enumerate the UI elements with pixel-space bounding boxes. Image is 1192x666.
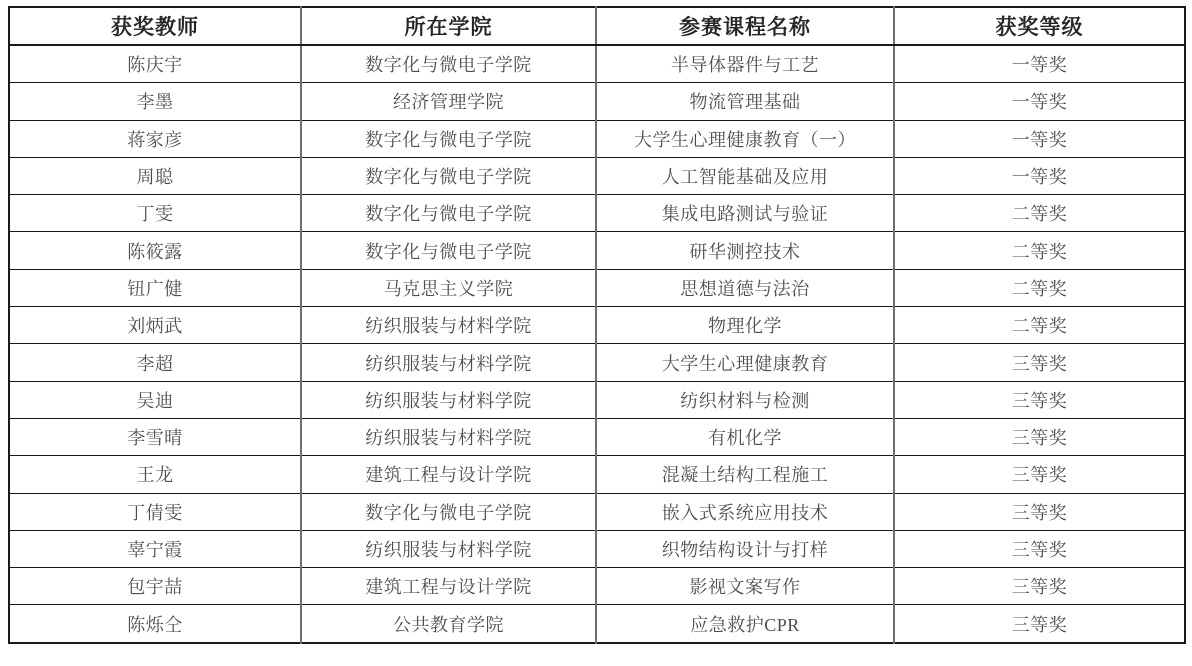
- cell-award: 三等奖: [894, 493, 1185, 530]
- cell-course: 大学生心理健康教育（一）: [596, 120, 894, 157]
- cell-college: 纺织服装与材料学院: [301, 344, 596, 381]
- cell-teacher: 丁雯: [9, 195, 301, 232]
- cell-teacher: 陈烁仝: [9, 605, 301, 643]
- cell-award: 二等奖: [894, 195, 1185, 232]
- cell-award: 二等奖: [894, 307, 1185, 344]
- column-header-teacher: 获奖教师: [9, 7, 301, 45]
- cell-course: 嵌入式系统应用技术: [596, 493, 894, 530]
- cell-college: 经济管理学院: [301, 83, 596, 120]
- cell-award: 一等奖: [894, 83, 1185, 120]
- cell-course: 思想道德与法治: [596, 269, 894, 306]
- cell-award: 二等奖: [894, 269, 1185, 306]
- cell-college: 数字化与微电子学院: [301, 45, 596, 83]
- cell-teacher: 李雪晴: [9, 418, 301, 455]
- table-row: 陈烁仝公共教育学院应急救护CPR三等奖: [9, 605, 1185, 643]
- table-header: 获奖教师所在学院参赛课程名称获奖等级: [9, 7, 1185, 45]
- cell-teacher: 陈筱露: [9, 232, 301, 269]
- table-row: 王龙建筑工程与设计学院混凝土结构工程施工三等奖: [9, 456, 1185, 493]
- cell-teacher: 钮广健: [9, 269, 301, 306]
- page: 获奖教师所在学院参赛课程名称获奖等级 陈庆宇数字化与微电子学院半导体器件与工艺一…: [0, 0, 1192, 666]
- table-row: 蒋家彦数字化与微电子学院大学生心理健康教育（一）一等奖: [9, 120, 1185, 157]
- table-row: 钮广健马克思主义学院思想道德与法治二等奖: [9, 269, 1185, 306]
- cell-college: 数字化与微电子学院: [301, 195, 596, 232]
- cell-teacher: 李墨: [9, 83, 301, 120]
- cell-course: 集成电路测试与验证: [596, 195, 894, 232]
- cell-award: 三等奖: [894, 381, 1185, 418]
- award-results-table: 获奖教师所在学院参赛课程名称获奖等级 陈庆宇数字化与微电子学院半导体器件与工艺一…: [8, 6, 1186, 644]
- cell-award: 二等奖: [894, 232, 1185, 269]
- cell-course: 人工智能基础及应用: [596, 157, 894, 194]
- cell-college: 数字化与微电子学院: [301, 120, 596, 157]
- cell-college: 纺织服装与材料学院: [301, 381, 596, 418]
- cell-teacher: 王龙: [9, 456, 301, 493]
- cell-award: 一等奖: [894, 157, 1185, 194]
- cell-course: 半导体器件与工艺: [596, 45, 894, 83]
- column-header-award: 获奖等级: [894, 7, 1185, 45]
- cell-teacher: 李超: [9, 344, 301, 381]
- cell-college: 数字化与微电子学院: [301, 157, 596, 194]
- cell-award: 一等奖: [894, 45, 1185, 83]
- table-row: 辜宁霞纺织服装与材料学院织物结构设计与打样三等奖: [9, 530, 1185, 567]
- cell-course: 影视文案写作: [596, 568, 894, 605]
- cell-course: 有机化学: [596, 418, 894, 455]
- column-header-college: 所在学院: [301, 7, 596, 45]
- table-row: 陈庆宇数字化与微电子学院半导体器件与工艺一等奖: [9, 45, 1185, 83]
- cell-course: 混凝土结构工程施工: [596, 456, 894, 493]
- cell-award: 三等奖: [894, 568, 1185, 605]
- cell-course: 研华测控技术: [596, 232, 894, 269]
- cell-course: 纺织材料与检测: [596, 381, 894, 418]
- table-row: 丁雯数字化与微电子学院集成电路测试与验证二等奖: [9, 195, 1185, 232]
- cell-teacher: 辜宁霞: [9, 530, 301, 567]
- column-header-course: 参赛课程名称: [596, 7, 894, 45]
- cell-teacher: 蒋家彦: [9, 120, 301, 157]
- header-row: 获奖教师所在学院参赛课程名称获奖等级: [9, 7, 1185, 45]
- cell-college: 数字化与微电子学院: [301, 493, 596, 530]
- table-row: 刘炳武纺织服装与材料学院物理化学二等奖: [9, 307, 1185, 344]
- cell-award: 三等奖: [894, 418, 1185, 455]
- cell-college: 马克思主义学院: [301, 269, 596, 306]
- cell-teacher: 丁倩雯: [9, 493, 301, 530]
- table-body: 陈庆宇数字化与微电子学院半导体器件与工艺一等奖李墨经济管理学院物流管理基础一等奖…: [9, 45, 1185, 643]
- cell-award: 三等奖: [894, 344, 1185, 381]
- cell-award: 三等奖: [894, 530, 1185, 567]
- cell-teacher: 包宇喆: [9, 568, 301, 605]
- cell-award: 一等奖: [894, 120, 1185, 157]
- cell-teacher: 刘炳武: [9, 307, 301, 344]
- cell-college: 纺织服装与材料学院: [301, 530, 596, 567]
- cell-award: 三等奖: [894, 456, 1185, 493]
- table-row: 李超纺织服装与材料学院大学生心理健康教育三等奖: [9, 344, 1185, 381]
- cell-teacher: 周聪: [9, 157, 301, 194]
- cell-course: 织物结构设计与打样: [596, 530, 894, 567]
- table-row: 吴迪纺织服装与材料学院纺织材料与检测三等奖: [9, 381, 1185, 418]
- cell-award: 三等奖: [894, 605, 1185, 643]
- cell-college: 纺织服装与材料学院: [301, 418, 596, 455]
- table-row: 丁倩雯数字化与微电子学院嵌入式系统应用技术三等奖: [9, 493, 1185, 530]
- cell-college: 建筑工程与设计学院: [301, 568, 596, 605]
- table-row: 李墨经济管理学院物流管理基础一等奖: [9, 83, 1185, 120]
- cell-course: 大学生心理健康教育: [596, 344, 894, 381]
- cell-teacher: 吴迪: [9, 381, 301, 418]
- cell-course: 物理化学: [596, 307, 894, 344]
- table-row: 李雪晴纺织服装与材料学院有机化学三等奖: [9, 418, 1185, 455]
- cell-teacher: 陈庆宇: [9, 45, 301, 83]
- cell-course: 应急救护CPR: [596, 605, 894, 643]
- table-row: 周聪数字化与微电子学院人工智能基础及应用一等奖: [9, 157, 1185, 194]
- table-row: 陈筱露数字化与微电子学院研华测控技术二等奖: [9, 232, 1185, 269]
- cell-college: 建筑工程与设计学院: [301, 456, 596, 493]
- cell-college: 纺织服装与材料学院: [301, 307, 596, 344]
- cell-course: 物流管理基础: [596, 83, 894, 120]
- cell-college: 公共教育学院: [301, 605, 596, 643]
- cell-college: 数字化与微电子学院: [301, 232, 596, 269]
- table-row: 包宇喆建筑工程与设计学院影视文案写作三等奖: [9, 568, 1185, 605]
